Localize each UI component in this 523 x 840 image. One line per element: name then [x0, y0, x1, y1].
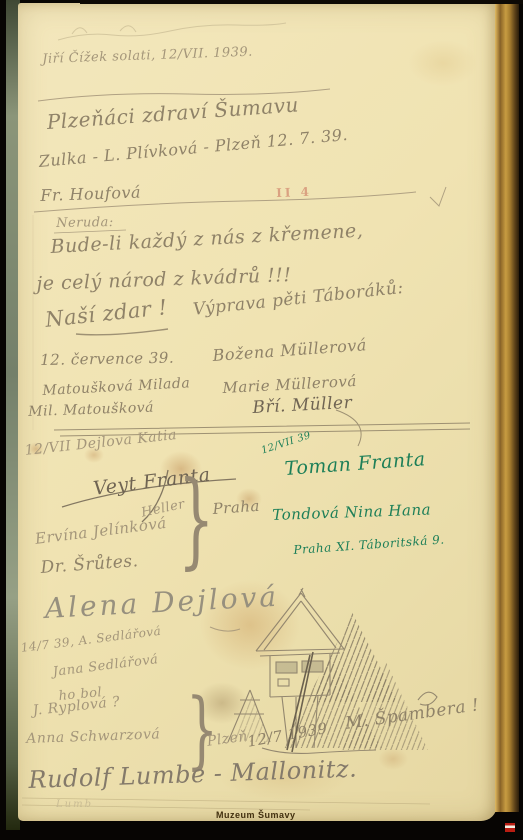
archive-stamp: II 4: [276, 185, 312, 200]
praha-label: Praha: [212, 497, 260, 518]
neruda-heading: Neruda:: [56, 215, 114, 231]
museum-watermark: Muzeum Šumavy: [216, 810, 296, 820]
top-shadow-edge: [80, 0, 523, 4]
name-entry: Fr. Houfová: [40, 182, 141, 205]
date-entry: 12. července 39.: [40, 349, 174, 369]
faint-text: Lumb: [56, 799, 93, 810]
brace-icon: }: [178, 458, 214, 580]
guestbook-scan: Jiří Čížek solati, 12/VII. 1939. II 4 Pl…: [0, 0, 523, 840]
page-stack-edge: [495, 2, 519, 812]
red-marker: [505, 823, 515, 832]
